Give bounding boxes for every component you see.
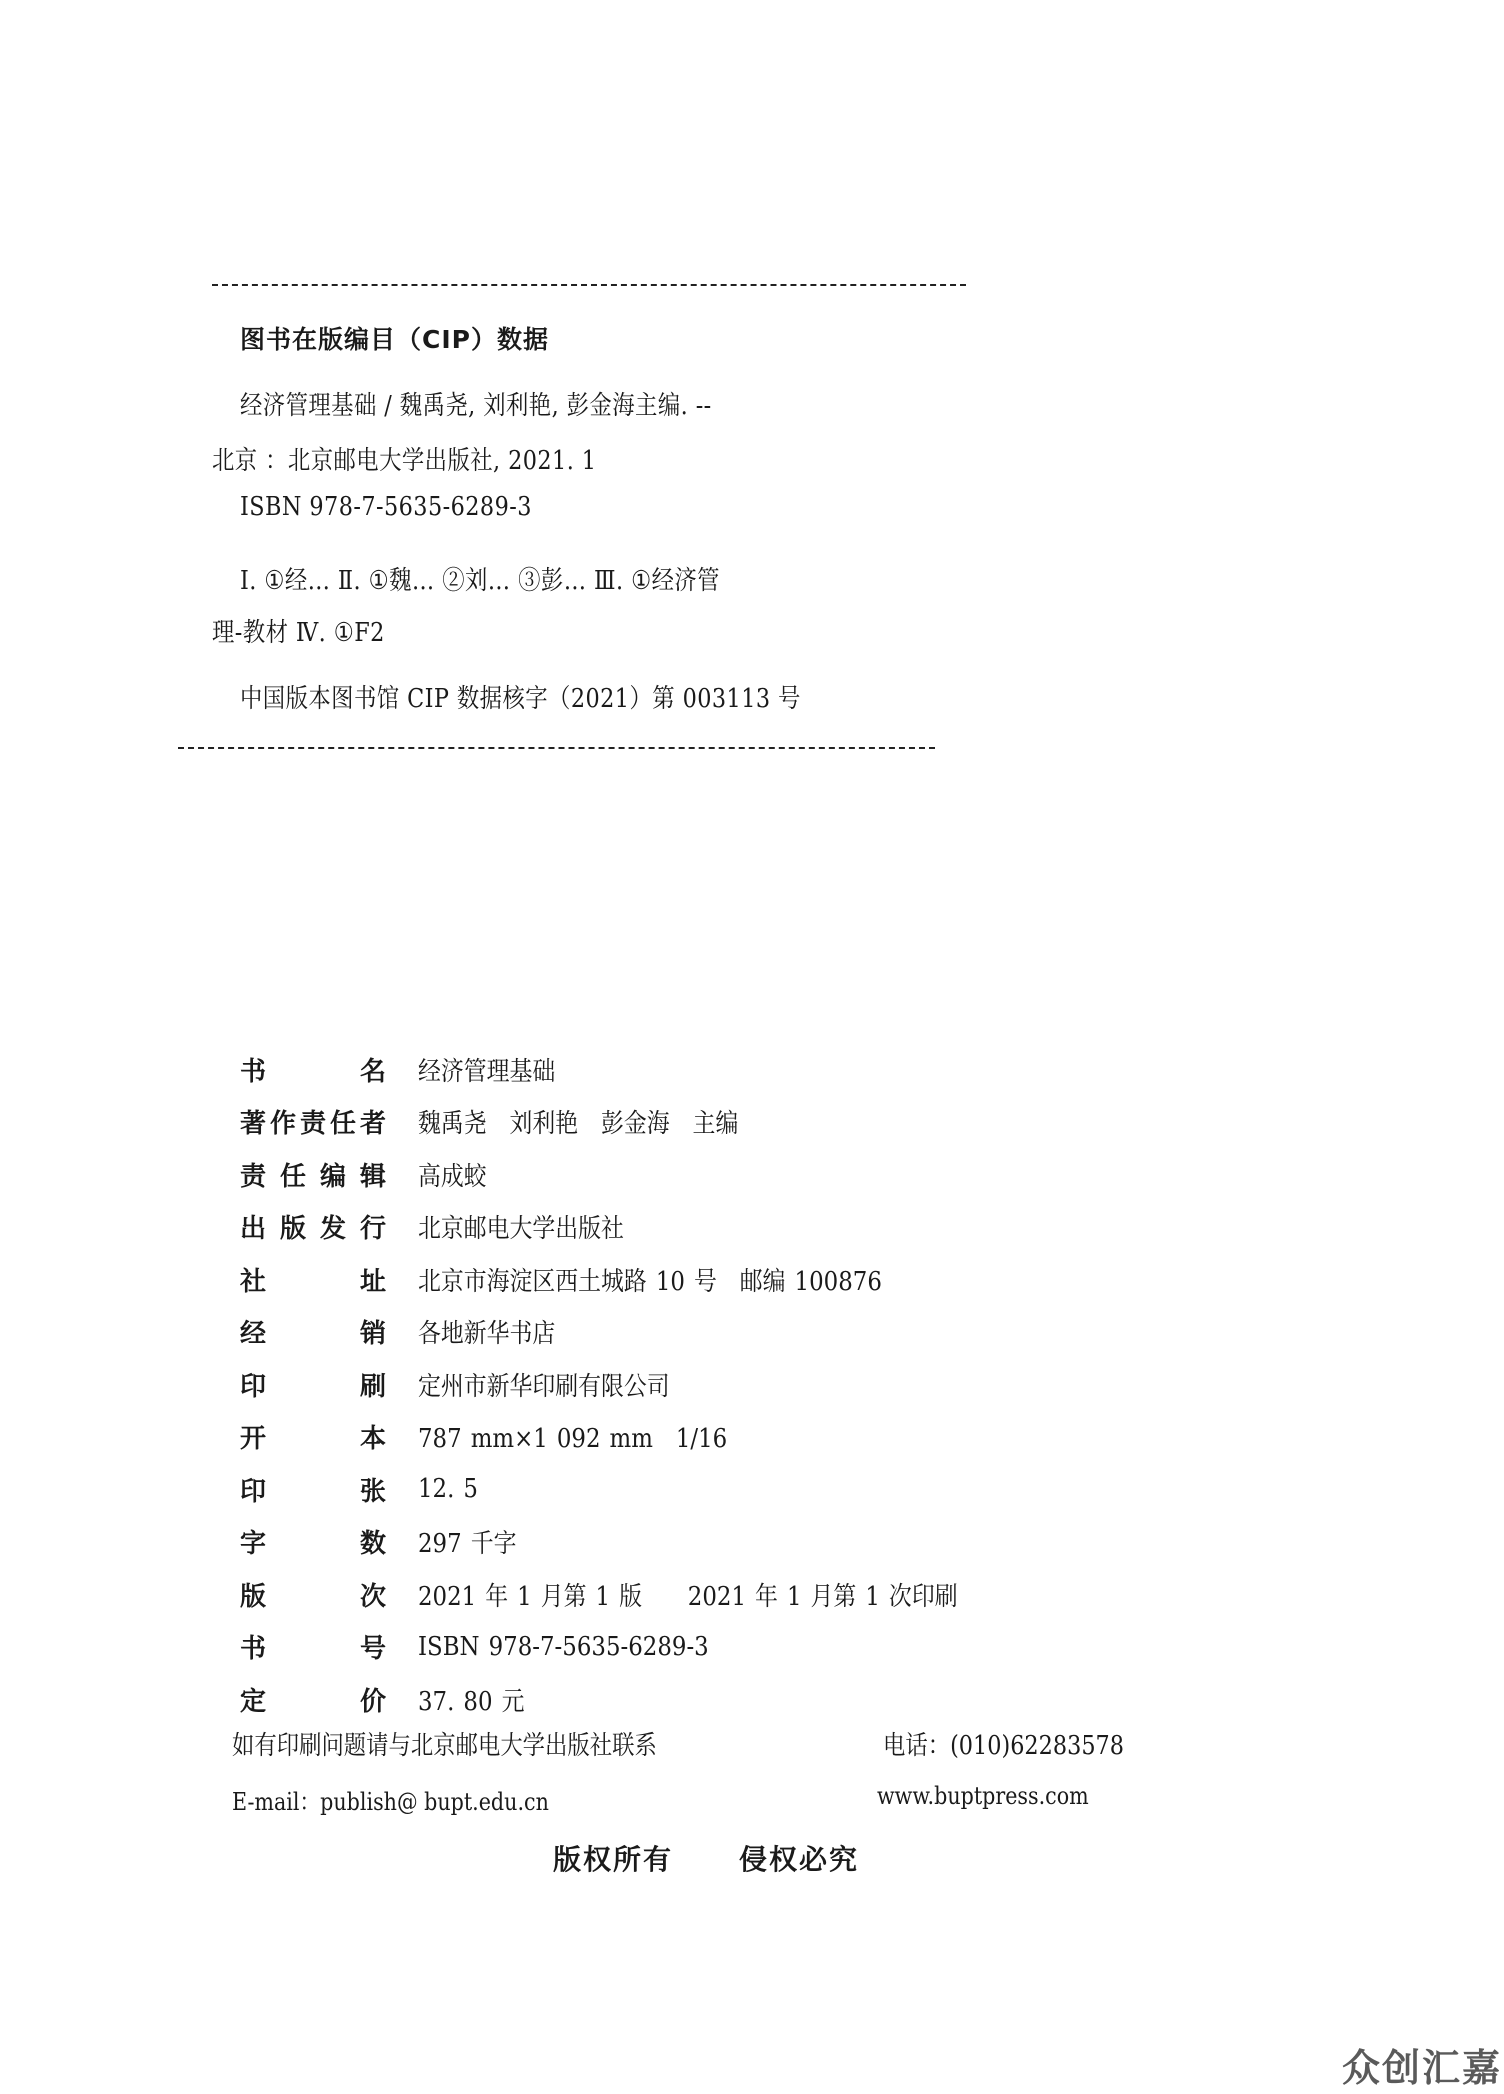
info-value-distributor: 各地新华书店 — [418, 1313, 555, 1350]
info-label: 书 名 — [240, 1051, 386, 1088]
info-row-printer: 印 刷 定州市新华印刷有限公司 — [240, 1358, 1031, 1411]
info-label: 责 任 编 辑 — [240, 1156, 386, 1193]
info-label: 著 作 责 任 者 — [240, 1103, 386, 1140]
info-value-word-count: 297 千字 — [418, 1523, 516, 1560]
info-value-sheets: 12. 5 — [418, 1474, 478, 1504]
copyright-page: 图书在版编目（CIP）数据 经济管理基础 / 魏禹尧, 刘利艳, 彭金海主编. … — [0, 0, 1504, 2094]
info-value-edition: 2021 年 1 月第 1 版 2021 年 1 月第 1 次印刷 — [418, 1576, 958, 1613]
info-label: 出 版 发 行 — [240, 1208, 386, 1245]
info-value-price: 37. 80 元 — [418, 1681, 524, 1718]
info-label: 社 址 — [240, 1261, 386, 1298]
cip-bottom-divider — [178, 747, 935, 749]
info-label: 定 价 — [240, 1681, 386, 1718]
contact-email: E-mail：publish@ bupt.edu.cn — [232, 1782, 549, 1817]
cip-record-number: 中国版本图书馆 CIP 数据核字（2021）第 003113 号 — [240, 678, 801, 715]
info-row-address: 社 址 北京市海淀区西土城路 10 号 邮编 100876 — [240, 1253, 1031, 1306]
info-row-edition: 版 次 2021 年 1 月第 1 版 2021 年 1 月第 1 次印刷 — [240, 1568, 1031, 1621]
info-value-format: 787 mm×1 092 mm 1/16 — [418, 1418, 727, 1455]
info-row-sheets: 印 张 12. 5 — [240, 1463, 1031, 1516]
info-row-editor: 责 任 编 辑 高成蛟 — [240, 1148, 1031, 1201]
info-label: 印 张 — [240, 1471, 386, 1508]
contact-note: 如有印刷问题请与北京邮电大学出版社联系 — [232, 1725, 657, 1762]
info-value-publisher: 北京邮电大学出版社 — [418, 1208, 624, 1245]
info-value-authors: 魏禹尧 刘利艳 彭金海 主编 — [418, 1103, 738, 1140]
info-label: 字 数 — [240, 1523, 386, 1560]
info-label: 经 销 — [240, 1313, 386, 1350]
copyright-right: 侵权必究 — [739, 1843, 859, 1876]
cip-top-divider — [212, 284, 966, 286]
cip-subject-line: Ⅰ. ①经… Ⅱ. ①魏… ②刘… ③彭… Ⅲ. ①经济管 — [240, 560, 720, 597]
info-value-address: 北京市海淀区西土城路 10 号 邮编 100876 — [418, 1261, 882, 1298]
info-value-isbn: ISBN 978-7-5635-6289-3 — [418, 1632, 709, 1662]
info-row-publisher: 出 版 发 行 北京邮电大学出版社 — [240, 1201, 1031, 1254]
copyright-notice: 版权所有侵权必究 — [553, 1838, 859, 1878]
info-row-isbn: 书 号 ISBN 978-7-5635-6289-3 — [240, 1621, 1031, 1674]
publication-info-table: 书 名 经济管理基础 著 作 责 任 者 魏禹尧 刘利艳 彭金海 主编 责 任 … — [240, 1043, 1031, 1726]
info-value-printer: 定州市新华印刷有限公司 — [418, 1366, 670, 1403]
info-label: 开 本 — [240, 1418, 386, 1455]
info-row-authors: 著 作 责 任 者 魏禹尧 刘利艳 彭金海 主编 — [240, 1096, 1031, 1149]
contact-website: www.buptpress.com — [877, 1782, 1089, 1810]
cip-publisher-line: 北京 ：北京邮电大学出版社, 2021. 1 — [212, 440, 596, 477]
info-row-word-count: 字 数 297 千字 — [240, 1516, 1031, 1569]
cip-heading: 图书在版编目（CIP）数据 — [240, 320, 549, 356]
info-label: 版 次 — [240, 1576, 386, 1613]
info-value-editor: 高成蛟 — [418, 1156, 487, 1193]
contact-phone: 电话：(010)62283578 — [883, 1725, 1124, 1762]
info-row-distributor: 经 销 各地新华书店 — [240, 1306, 1031, 1359]
cip-subject-line-cont: 理-教材 Ⅳ. ①F2 — [212, 612, 385, 649]
info-label: 印 刷 — [240, 1366, 386, 1403]
info-row-title: 书 名 经济管理基础 — [240, 1043, 1031, 1096]
info-row-price: 定 价 37. 80 元 — [240, 1673, 1031, 1726]
info-value-title: 经济管理基础 — [418, 1051, 555, 1088]
info-label: 书 号 — [240, 1628, 386, 1665]
cip-title-line: 经济管理基础 / 魏禹尧, 刘利艳, 彭金海主编. -- — [240, 385, 712, 422]
watermark-logo: 众创汇嘉 — [1342, 2037, 1502, 2092]
info-row-format: 开 本 787 mm×1 092 mm 1/16 — [240, 1411, 1031, 1464]
copyright-left: 版权所有 — [553, 1843, 673, 1876]
cip-isbn-line: ISBN 978-7-5635-6289-3 — [240, 492, 532, 522]
